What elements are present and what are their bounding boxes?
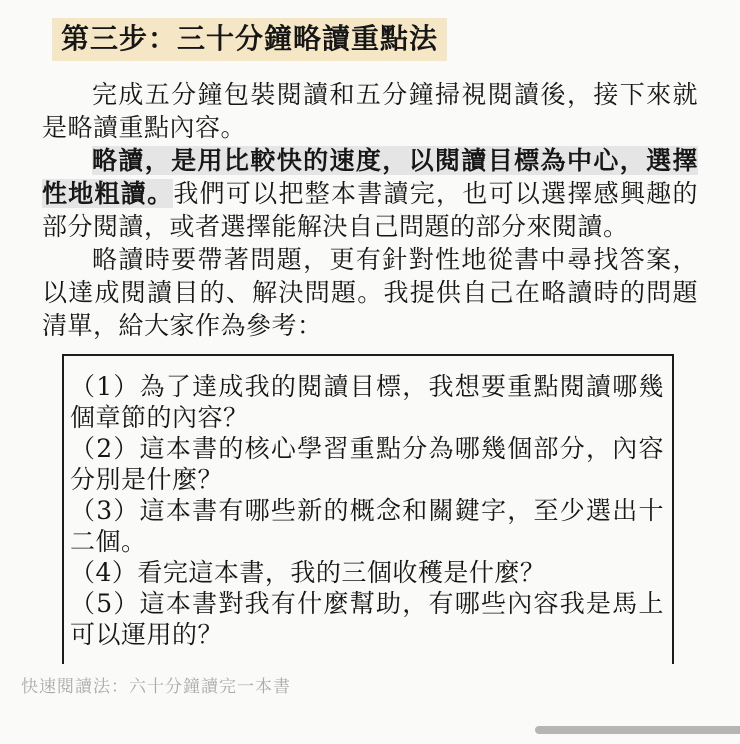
paragraph: 略讀，是用比較快的速度，以閱讀目標為中心，選擇性地粗讀。我們可以把整本書讀完，也… [42,144,698,243]
question-item: （5）這本書對我有什麼幫助，有哪些內容我是馬上可以運用的？ [70,588,664,650]
book-title: 快速閱讀法：六十分鐘讀完一本書 [21,672,291,697]
question-item: （1）為了達成我的閱讀目標，我想要重點閱讀哪幾個章節的內容？ [70,371,664,433]
question-item: （2）這本書的核心學習重點分為哪幾個部分，內容分別是什麼？ [70,433,664,495]
paragraph: 略讀時要帶著問題，更有針對性地從書中尋找答案，以達成閱讀目的、解決問題。我提供自… [42,243,698,342]
ebook-page: 第三步：三十分鐘略讀重點法 完成五分鐘包裝閱讀和五分鐘掃視閱讀後，接下來就是略讀… [0,0,740,664]
paragraph: 完成五分鐘包裝閱讀和五分鐘掃視閱讀後，接下來就是略讀重點內容。 [42,78,698,144]
question-item: （4）看完這本書，我的三個收穫是什麼？ [70,557,664,588]
reading-progress-bar[interactable] [535,726,740,734]
chapter-heading: 第三步：三十分鐘略讀重點法 [52,18,447,61]
question-list-box: （1）為了達成我的閱讀目標，我想要重點閱讀哪幾個章節的內容？ （2）這本書的核心… [62,354,674,664]
question-item: （3）這本書有哪些新的概念和關鍵字，至少選出十二個。 [70,495,664,557]
